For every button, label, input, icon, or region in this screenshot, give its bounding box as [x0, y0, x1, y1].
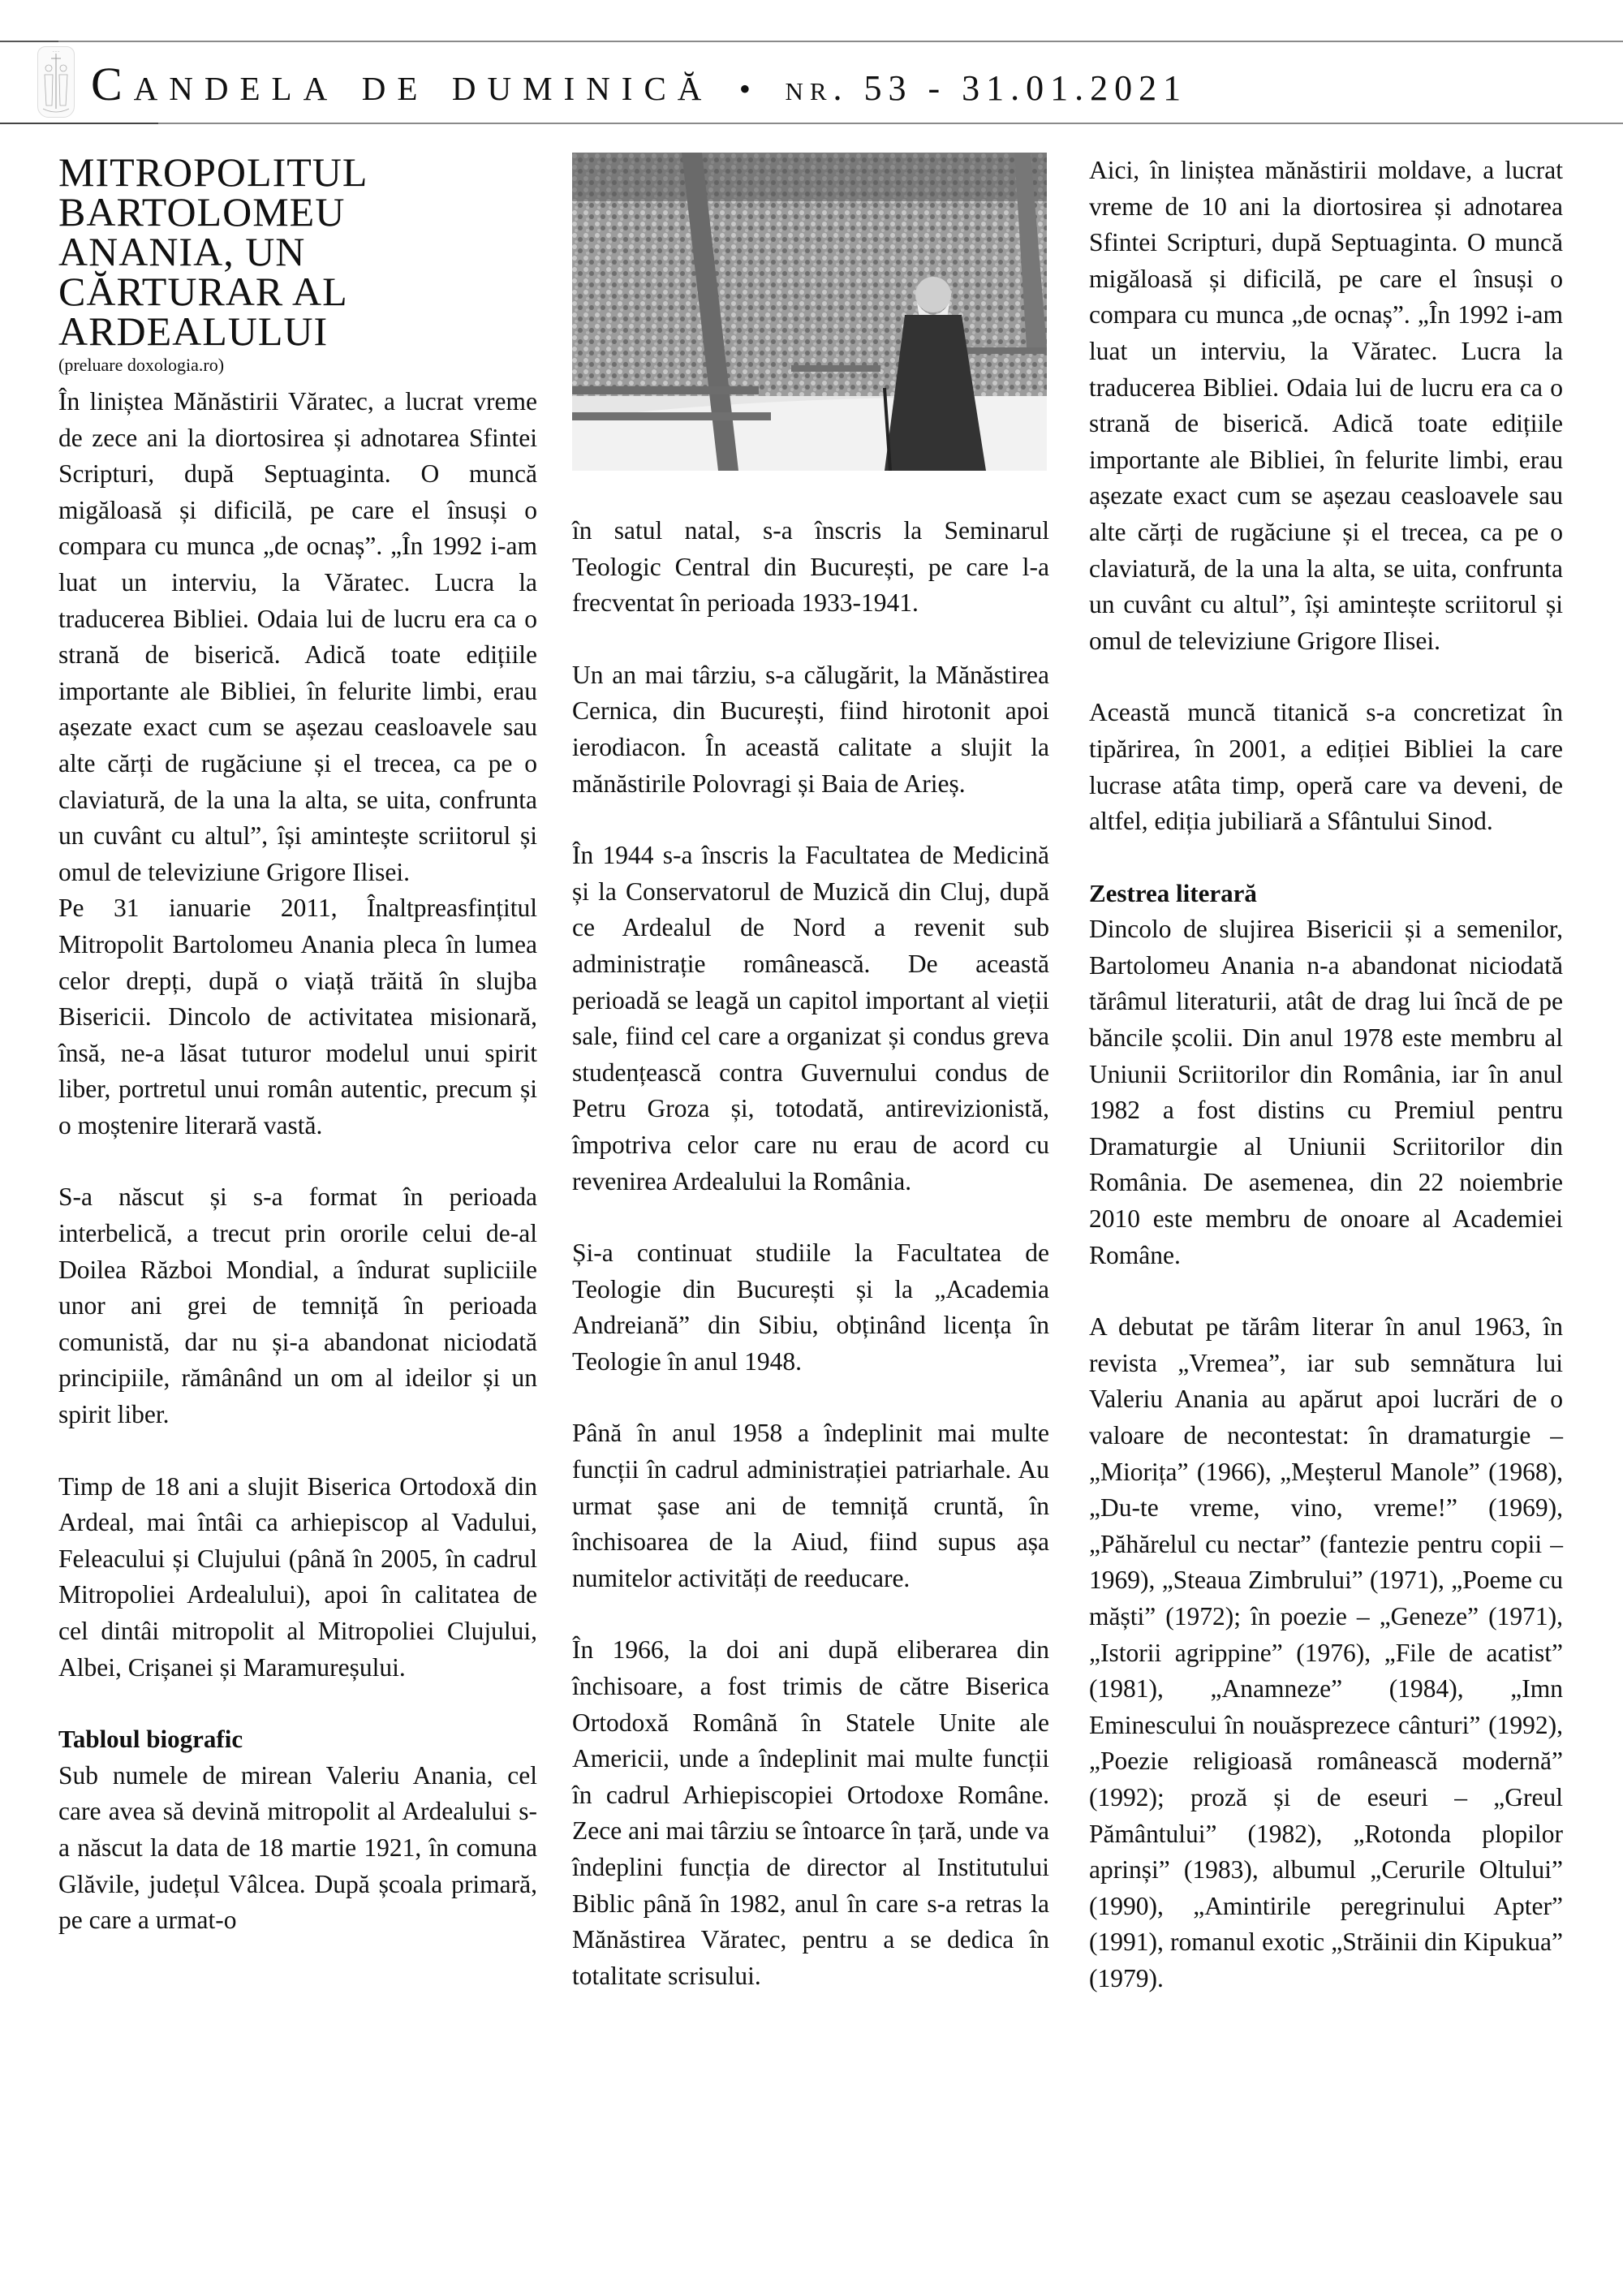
- paragraph: Și-a continuat studiile la Facultatea de…: [572, 1235, 1049, 1380]
- article-source: (preluare doxologia.ro): [58, 353, 537, 377]
- publication-name: Candela de duminică: [91, 58, 712, 110]
- paragraph: Timp de 18 ani a slujit Biserica Ortodox…: [58, 1469, 537, 1686]
- bullet-separator: •: [739, 71, 751, 107]
- section-heading-biography: Tabloul biografic: [58, 1721, 537, 1758]
- paragraph: S-a născut și s-a format în perioada int…: [58, 1179, 537, 1432]
- paragraph: În 1944 s-a înscris la Facultatea de Med…: [572, 838, 1049, 1200]
- column-2: în satul natal, s-a înscris la Seminarul…: [572, 153, 1049, 1994]
- paragraph: Această muncă titanică s-a concretizat î…: [1089, 695, 1563, 839]
- saints-emblem-icon: ~ ~ ~: [37, 46, 75, 118]
- article-headline: MITROPOLITUL BARTOLOMEU ANANIA, UN CĂRTU…: [58, 153, 537, 351]
- photo-metropolitan-in-park: [572, 153, 1047, 471]
- paragraph: Sub numele de mirean Valeriu Anania, cel…: [58, 1758, 537, 1939]
- headline-line: MITROPOLITUL: [58, 149, 368, 195]
- masthead-bottom-rule: [0, 123, 1623, 124]
- emblem-drawing: ~ ~ ~: [38, 47, 74, 117]
- paragraph: În liniștea Mănăstirii Văratec, a lucrat…: [58, 384, 537, 890]
- paragraph: în satul natal, s-a înscris la Seminarul…: [572, 513, 1049, 622]
- publication-title: Candela de duminică • nr. 53 - 31.01.202…: [91, 52, 1187, 122]
- headline-line: BARTOLOMEU: [58, 189, 345, 235]
- column-3: Aici, în liniștea mănăstirii moldave, a …: [1089, 153, 1563, 1997]
- paragraph: Un an mai târziu, s-a călugărit, la Mănă…: [572, 657, 1049, 802]
- column-1: MITROPOLITUL BARTOLOMEU ANANIA, UN CĂRTU…: [58, 153, 537, 1939]
- masthead: ~ ~ ~ Candela de duminică • nr. 53 - 31.…: [0, 41, 1623, 125]
- paragraph: În 1966, la doi ani după eliberarea din …: [572, 1632, 1049, 1994]
- masthead-top-rule: [0, 41, 1623, 42]
- paragraph: A debutat pe tărâm literar în anul 1963,…: [1089, 1309, 1563, 1997]
- paragraph: Până în anul 1958 a îndeplinit mai multe…: [572, 1415, 1049, 1596]
- paragraph: Aici, în liniștea mănăstirii moldave, a …: [1089, 153, 1563, 659]
- svg-text:~ ~ ~: ~ ~ ~: [53, 50, 60, 54]
- issue-number-date: nr. 53 - 31.01.2021: [785, 68, 1187, 108]
- headline-line: ANANIA, UN: [58, 229, 305, 274]
- section-heading-literary-legacy: Zestrea literară: [1089, 876, 1563, 912]
- headline-line: CĂRTURAR AL: [58, 269, 348, 314]
- paragraph: Dincolo de slujirea Bisericii și a semen…: [1089, 911, 1563, 1273]
- headline-line: ARDEALULUI: [58, 308, 328, 354]
- article-photo: [572, 153, 1047, 471]
- paragraph: Pe 31 ianuarie 2011, Înaltpreasfințitul …: [58, 890, 537, 1144]
